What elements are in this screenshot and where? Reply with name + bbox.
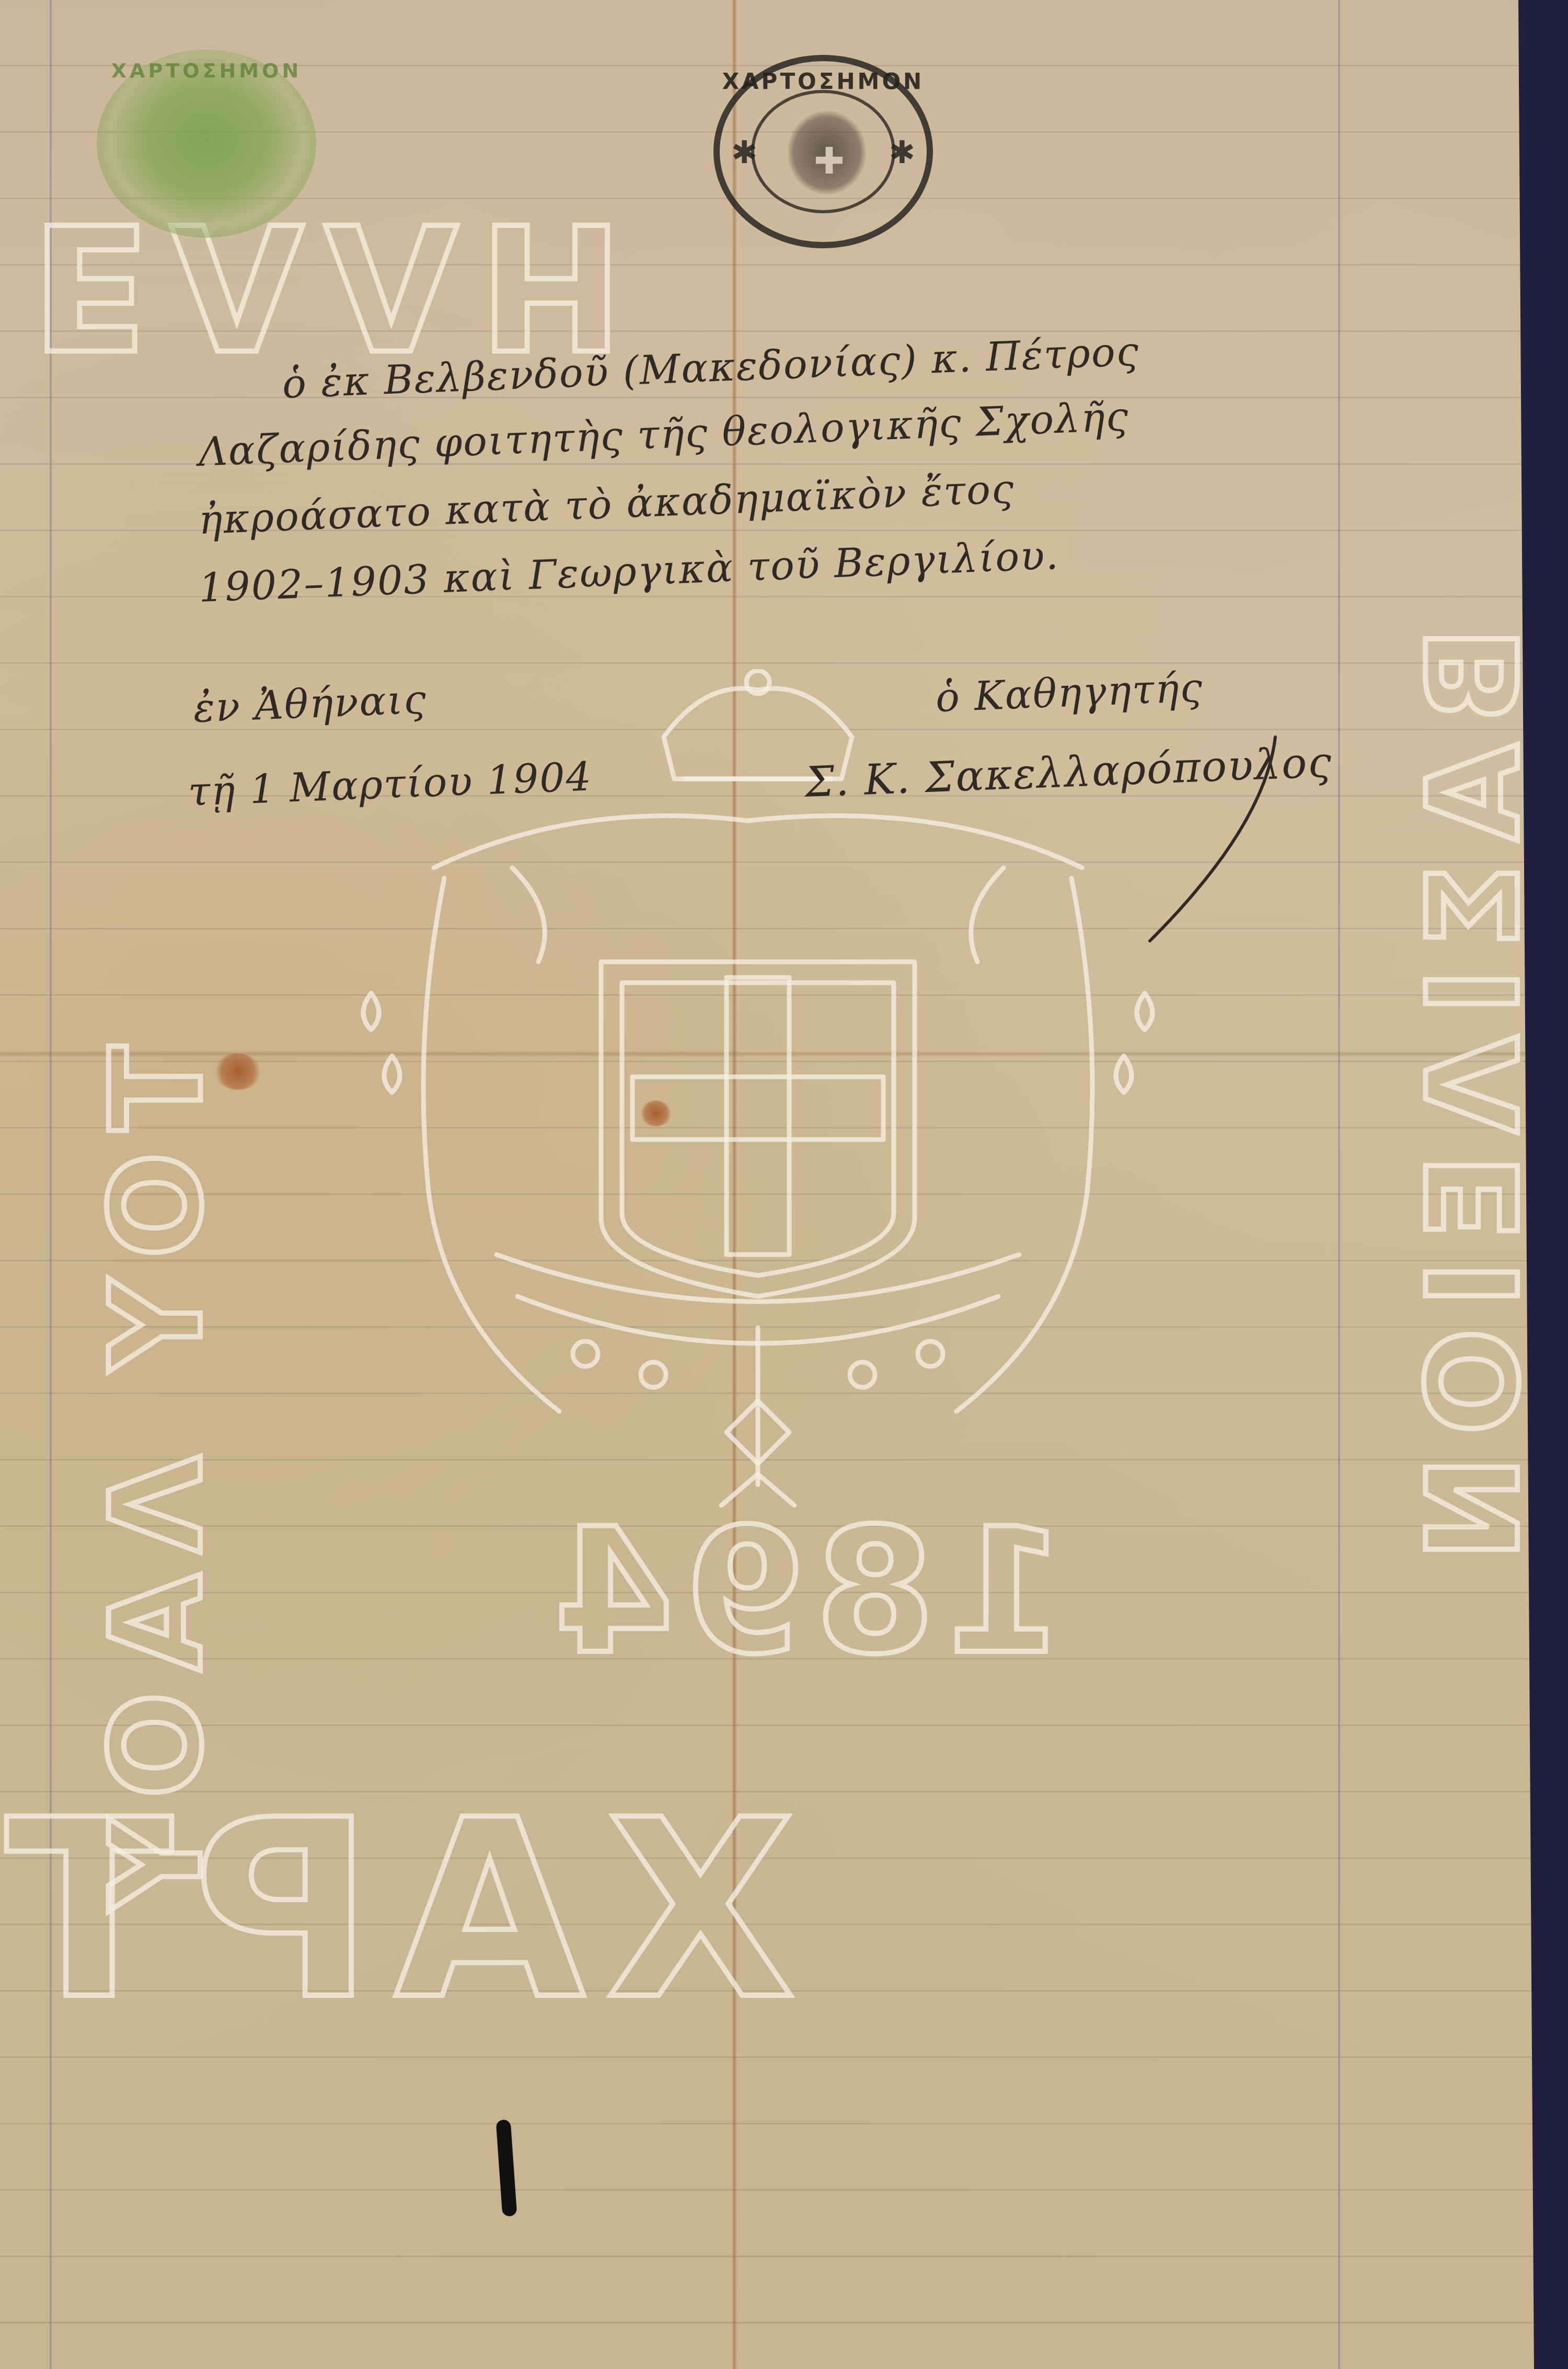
stamp-crest-icon xyxy=(788,111,866,194)
document-paper: ΕΛΛΗ ΤΟΥ ΛΑΟΥ ΒΑΣΙΛΕΙΟΝ 1894 ΧΑΡΤ xyxy=(0,0,1534,2369)
rust-stain xyxy=(214,1053,261,1090)
black-revenue-stamp: ΧΑΡΤΟΣΗΜΟΝ ✱ ✱ ✚ xyxy=(713,55,933,248)
signature-flourish-icon xyxy=(1139,732,1296,951)
watermark-arc-right-text: ΒΑΣΙΛΕΙΟΝ xyxy=(1411,627,1537,1582)
green-stamp-label: ΧΑΡΤΟΣΗΜΟΝ xyxy=(97,59,316,82)
black-stamp-label: ΧΑΡΤΟΣΗΜΟΝ xyxy=(720,68,927,94)
place-line: ἐν Ἀθήναις xyxy=(192,676,428,731)
right-margin-line xyxy=(1338,0,1340,2369)
rust-stain xyxy=(640,1100,672,1126)
cross-icon: ✚ xyxy=(814,140,845,182)
star-icon: ✱ xyxy=(731,134,757,171)
star-icon: ✱ xyxy=(889,134,915,171)
watermark-top-text: ΕΛΛΗ xyxy=(31,199,644,371)
green-revenue-stamp: ΧΑΡΤΟΣΗΜΟΝ xyxy=(97,50,316,238)
watermark-bottom-text: ΧΑΡΤ xyxy=(0,1788,795,2033)
